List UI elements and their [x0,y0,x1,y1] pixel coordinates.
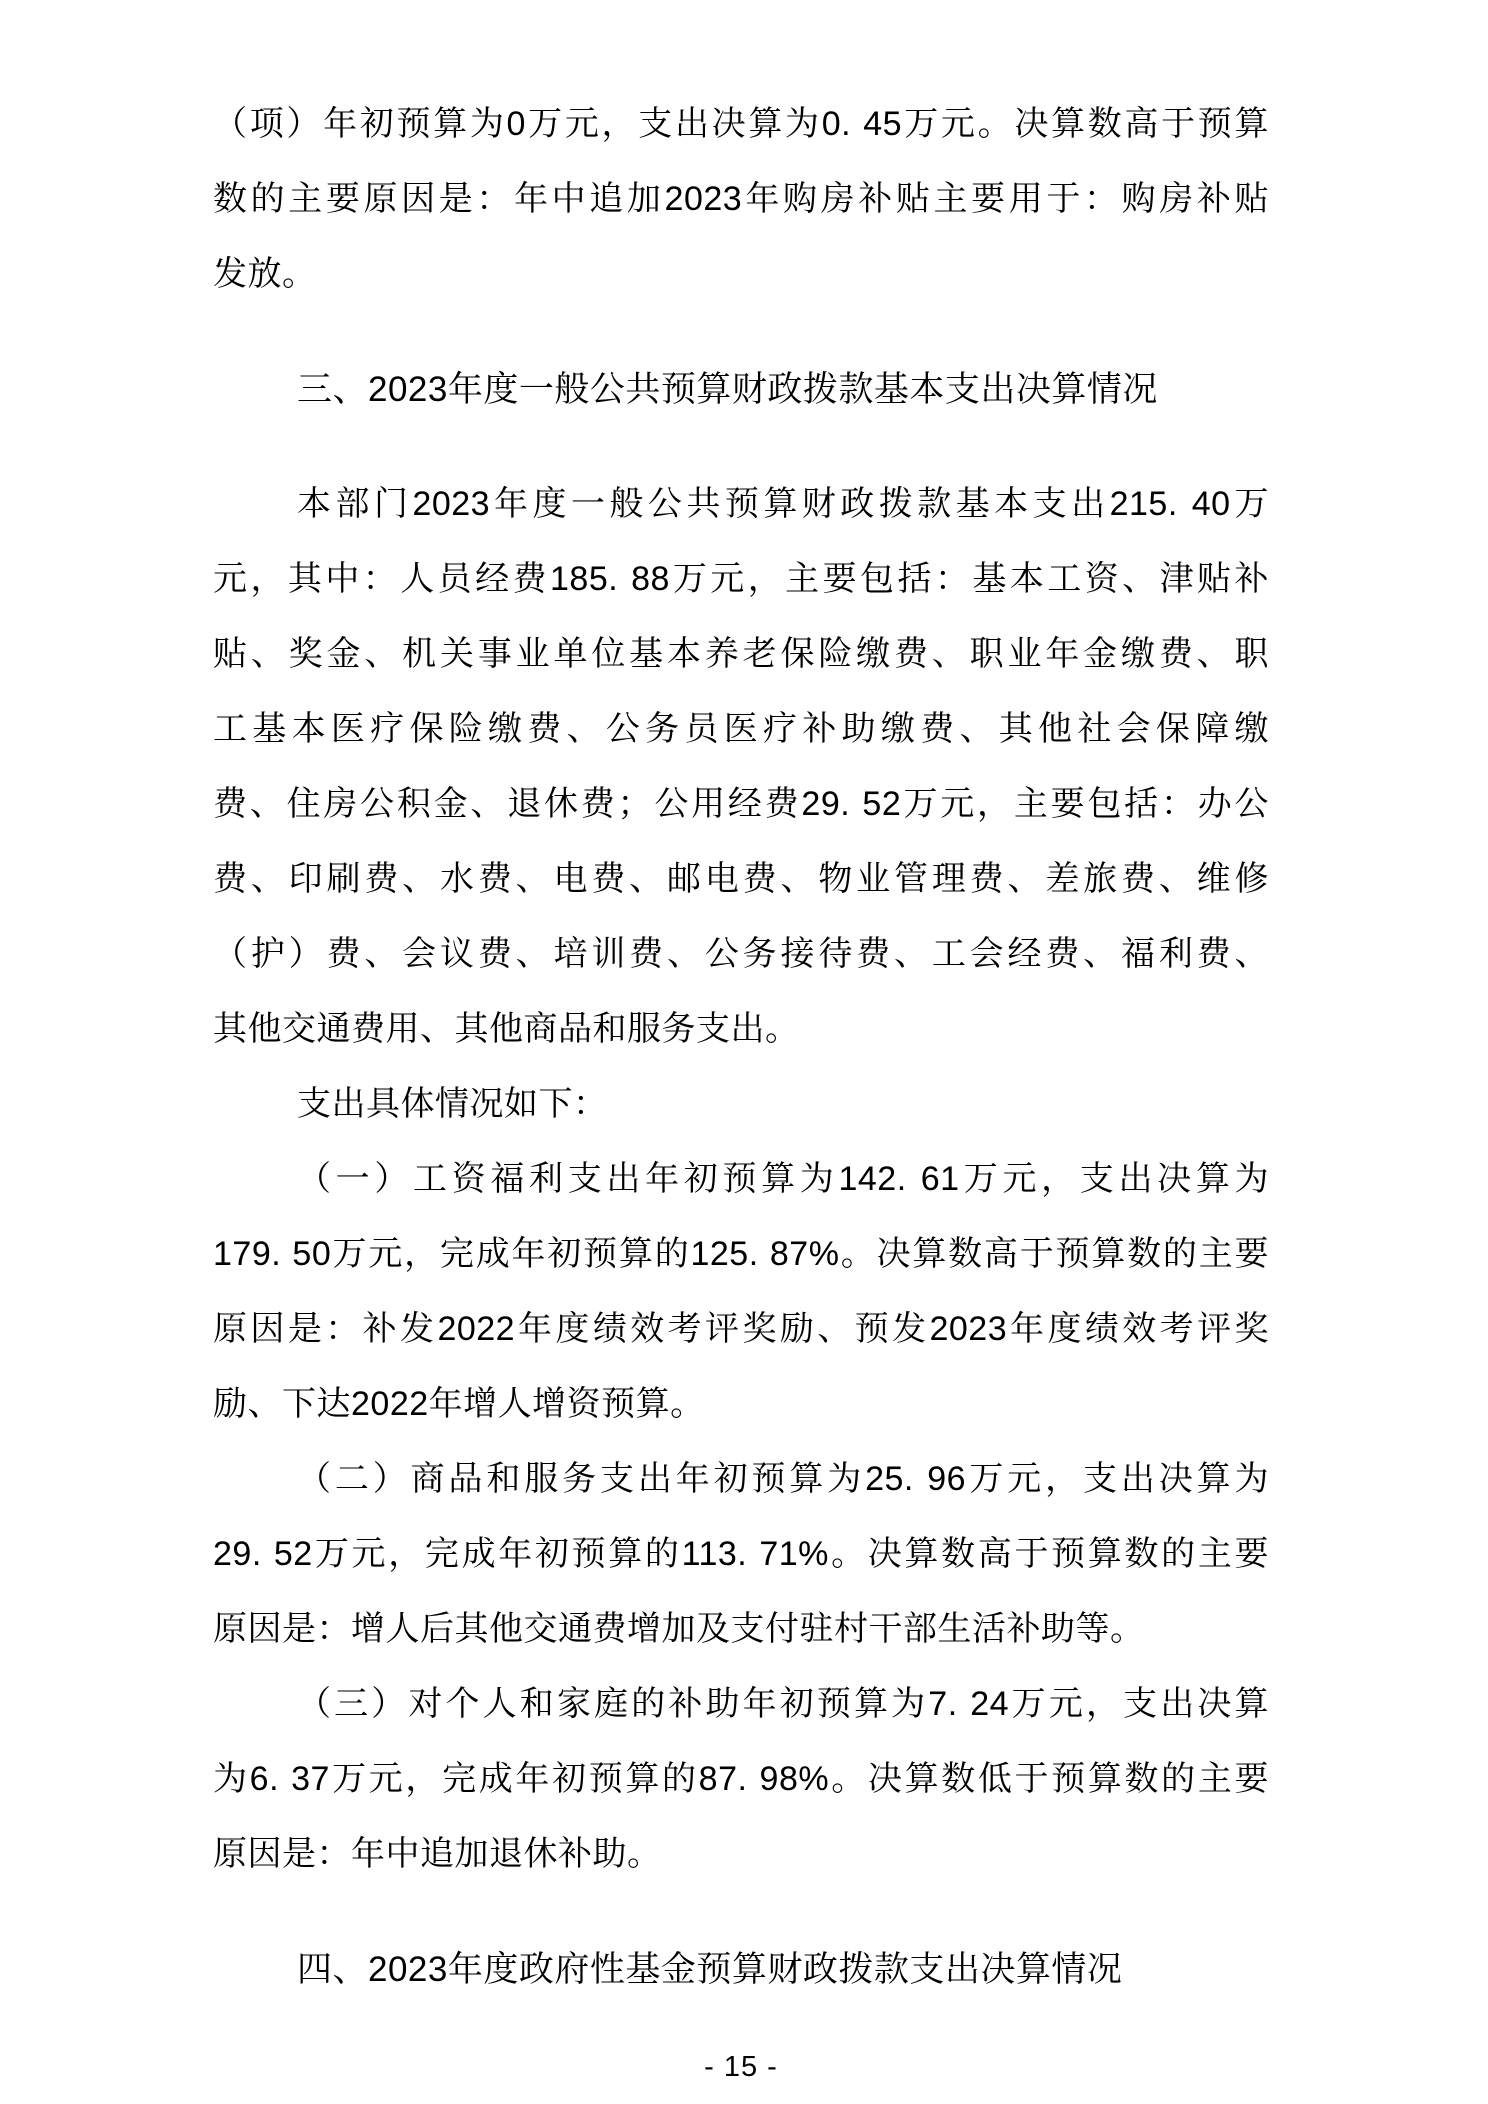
body-text-line: （二）商品和服务支出年初预算为25. 96万元，支出决算为 [213,1442,1269,1517]
document-page: （项）年初预算为0万元，支出决算为0. 45万元。决算数高于预算 数的主要原因是… [0,0,1488,2104]
body-text-line: 发放。 [213,237,1269,312]
body-text-line: （一）工资福利支出年初预算为142. 61万元，支出决算为 [213,1142,1269,1217]
body-text-line: 费、住房公积金、退休费；公用经费29. 52万元，主要包括：办公 [213,767,1269,842]
body-text-line: 支出具体情况如下： [213,1067,1269,1142]
body-text-line: 其他交通费用、其他商品和服务支出。 [213,992,1269,1067]
body-text-line: 数的主要原因是：年中追加2023年购房补贴主要用于：购房补贴 [213,162,1269,237]
body-text-line: 原因是：年中追加退休补助。 [213,1817,1269,1892]
section-4-heading: 四、2023年度政府性基金预算财政拨款支出决算情况 [213,1932,1269,2007]
body-text-line: 原因是：补发2022年度绩效考评奖励、预发2023年度绩效考评奖 [213,1292,1269,1367]
body-text-line: 29. 52万元，完成年初预算的113. 71%。决算数高于预算数的主要 [213,1517,1269,1592]
body-text-line: 元，其中：人员经费185. 88万元，主要包括：基本工资、津贴补 [213,542,1269,617]
body-text-line: 本部门2023年度一般公共预算财政拨款基本支出215. 40万 [213,467,1269,542]
section-3-heading: 三、2023年度一般公共预算财政拨款基本支出决算情况 [213,352,1269,427]
page-number: - 15 - [213,2047,1269,2087]
body-text-line: 费、印刷费、水费、电费、邮电费、物业管理费、差旅费、维修 [213,842,1269,917]
body-text-line: （护）费、会议费、培训费、公务接待费、工会经费、福利费、 [213,917,1269,992]
body-text-line: 工基本医疗保险缴费、公务员医疗补助缴费、其他社会保障缴 [213,692,1269,767]
body-text-line: 原因是：增人后其他交通费增加及支付驻村干部生活补助等。 [213,1592,1269,1667]
page-body: （项）年初预算为0万元，支出决算为0. 45万元。决算数高于预算 数的主要原因是… [213,87,1269,2087]
body-text-line: 励、下达2022年增人增资预算。 [213,1367,1269,1442]
body-text-line: （三）对个人和家庭的补助年初预算为7. 24万元，支出决算 [213,1667,1269,1742]
body-text-line: （项）年初预算为0万元，支出决算为0. 45万元。决算数高于预算 [213,87,1269,162]
body-text-line: 为6. 37万元，完成年初预算的87. 98%。决算数低于预算数的主要 [213,1742,1269,1817]
body-text-line: 179. 50万元，完成年初预算的125. 87%。决算数高于预算数的主要 [213,1217,1269,1292]
body-text-line: 贴、奖金、机关事业单位基本养老保险缴费、职业年金缴费、职 [213,617,1269,692]
